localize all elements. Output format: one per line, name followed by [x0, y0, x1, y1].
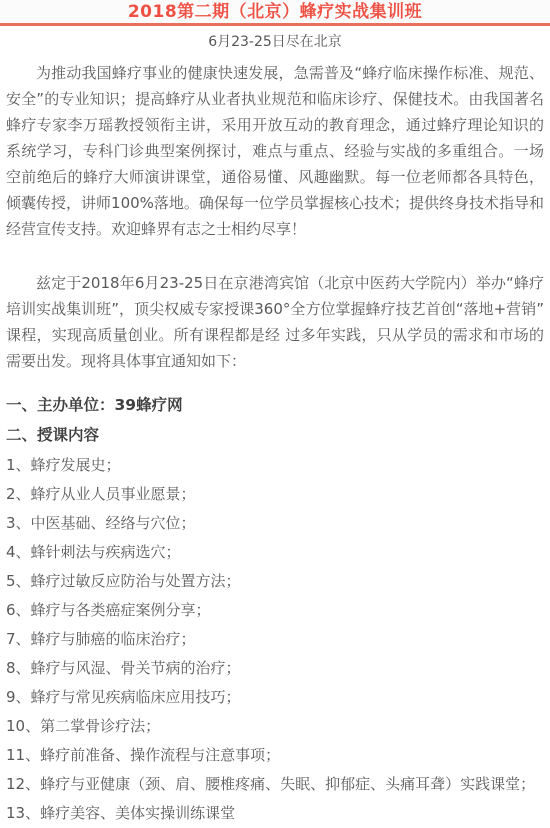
course-item: 12、蜂疗与亚健康（颈、肩、腰椎疼痛、失眠、抑郁症、头痛耳聋）实践课堂； — [6, 770, 544, 799]
course-item: 10、第二掌骨诊疗法； — [6, 712, 544, 741]
article-content: 为推动我国蜂疗事业的健康快速发展，急需普及“蜂疗临床操作标准、规范、安全”的专业… — [0, 60, 550, 828]
course-item: 3、中医基础、经络与穴位； — [6, 509, 544, 538]
course-item: 6、蜂疗与各类癌症案例分享； — [6, 596, 544, 625]
course-item: 2、蜂疗从业人员事业愿景； — [6, 480, 544, 509]
page-title: 2018第二期（北京）蜂疗实战集训班 — [0, 2, 550, 22]
course-item: 11、蜂疗前准备、操作流程与注意事项； — [6, 741, 544, 770]
course-item: 4、蜂针刺法与疾病选穴； — [6, 538, 544, 567]
intro-paragraph-2: 兹定于2018年6月23-25日在京港湾宾馆（北京中医药大学院内）举办“蜂疗培训… — [6, 270, 544, 374]
course-item: 7、蜂疗与肺癌的临床治疗； — [6, 625, 544, 654]
section-heading-organizer: 一、主办单位：39蜂疗网 — [6, 395, 544, 415]
intro-paragraph-1: 为推动我国蜂疗事业的健康快速发展，急需普及“蜂疗临床操作标准、规范、安全”的专业… — [6, 60, 544, 242]
event-date: 6月23-25日尽在北京 — [0, 33, 550, 51]
course-item: 1、蜂疗发展史； — [6, 451, 544, 480]
course-item: 13、蜂疗美容、美体实操训练课堂 — [6, 799, 544, 828]
section-heading-curriculum: 二、授课内容 — [6, 425, 544, 445]
page-header: 2018第二期（北京）蜂疗实战集训班 — [0, 0, 550, 26]
article-page: 2018第二期（北京）蜂疗实战集训班 6月23-25日尽在北京 为推动我国蜂疗事… — [0, 0, 550, 828]
course-item: 9、蜂疗与常见疾病临床应用技巧； — [6, 683, 544, 712]
course-item: 8、蜂疗与风湿、骨关节病的治疗； — [6, 654, 544, 683]
course-item: 5、蜂疗过敏反应防治与处置方法； — [6, 567, 544, 596]
course-list: 1、蜂疗发展史； 2、蜂疗从业人员事业愿景； 3、中医基础、经络与穴位； 4、蜂… — [6, 451, 544, 828]
